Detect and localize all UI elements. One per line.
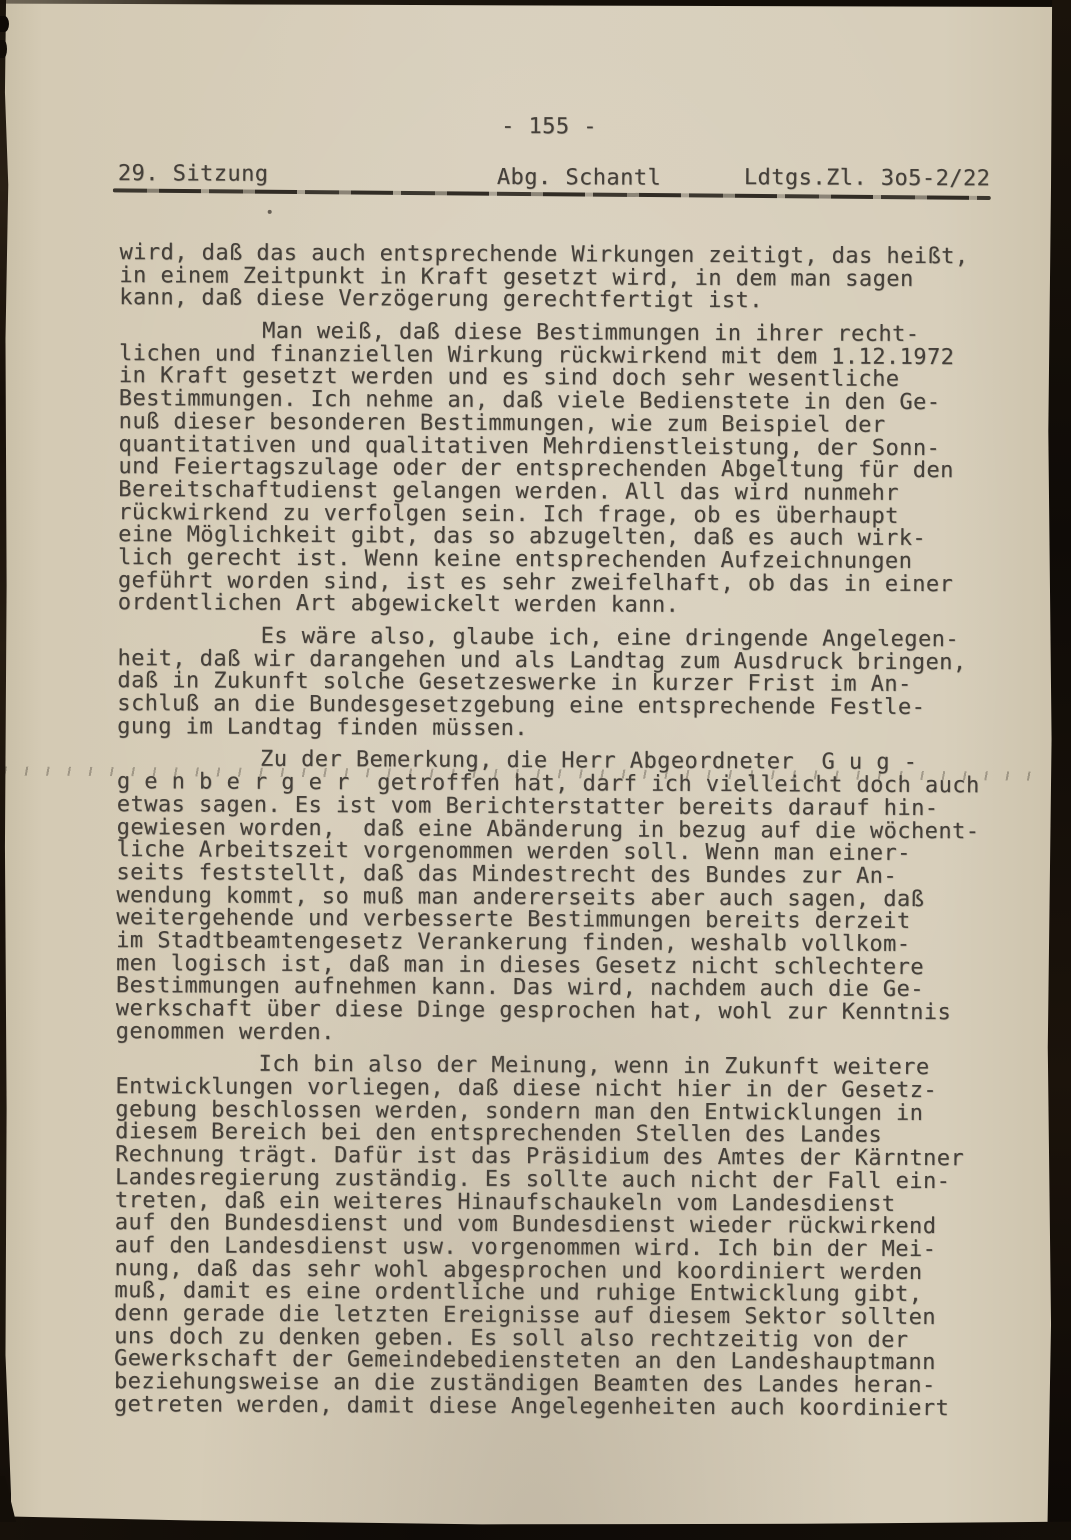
- header-session-number: 29. Sitzung: [118, 161, 269, 187]
- page-number: - 155 -: [501, 114, 597, 139]
- paragraph: wird, daß das auch entsprechende Wirkung…: [119, 242, 1009, 314]
- scan-edge-blob: [0, 40, 7, 58]
- scan-edge-blob: [0, 16, 9, 32]
- page-content: - 155 - 29. Sitzung Abg. Schantl Ldtgs.Z…: [0, 0, 1071, 1540]
- header-speaker-name: Abg. Schantl: [497, 165, 661, 191]
- text-line: gung im Landtag finden müssen.: [117, 716, 1007, 743]
- paragraph: Ich bin also der Meinung, wenn in Zukunf…: [114, 1053, 1006, 1420]
- text-line: getreten werden, damit diese Angelegenhe…: [114, 1394, 1004, 1421]
- text-line: genommen werden.: [116, 1021, 1006, 1048]
- ink-speck: [268, 210, 272, 214]
- header-reference-number: Ldtgs.Zl. 3o5-2/22: [744, 165, 991, 191]
- paragraph: Es wäre also, glaube ich, eine dringende…: [117, 625, 1008, 743]
- scanned-page: - 155 - 29. Sitzung Abg. Schantl Ldtgs.Z…: [0, 0, 1071, 1540]
- paragraph: Man weiß, daß diese Bestimmungen in ihre…: [118, 320, 1009, 619]
- paragraph: Zu der Bemerkung, die Herr Abgeordneter …: [116, 749, 1007, 1048]
- body-text: wird, daß das auch entsprechende Wirkung…: [114, 242, 1010, 1431]
